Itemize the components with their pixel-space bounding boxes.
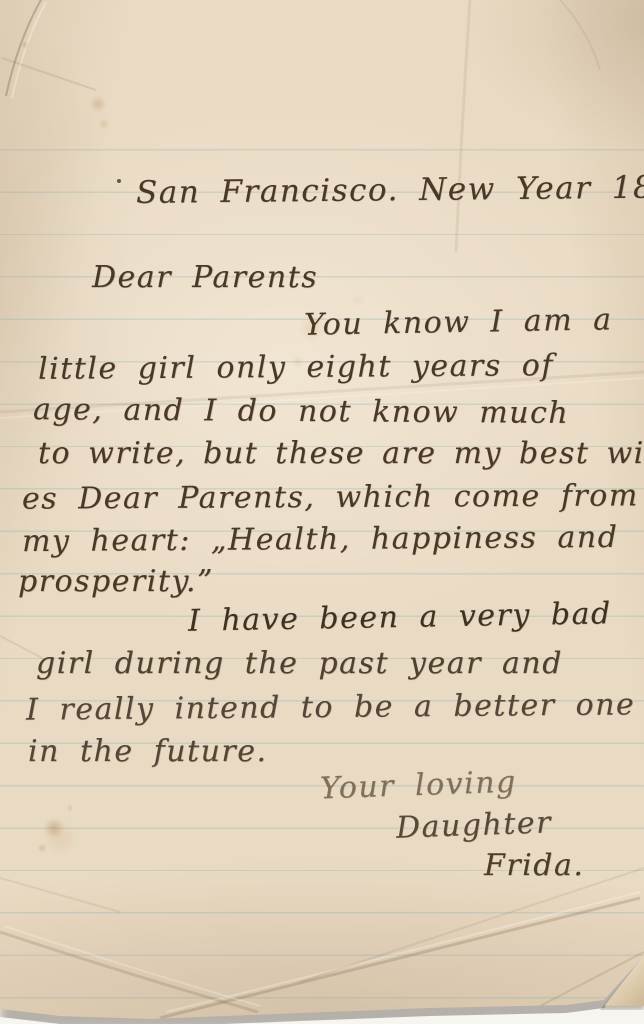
letter-line: age, and I do not know much [33, 392, 569, 431]
letter-line: I really intend to be a better one [26, 687, 636, 727]
letter-signature: Frida. [484, 848, 584, 883]
scanned-letter: San Francisco. New Year 1880 Dear Parent… [0, 0, 644, 1024]
letter-line: my heart: „Health, happiness and [22, 520, 619, 559]
stray-ink-dot [117, 179, 121, 183]
letter-paper: San Francisco. New Year 1880 Dear Parent… [0, 0, 644, 1024]
letter-line: You know I am a [304, 302, 613, 342]
letter-line: in the future. [28, 734, 268, 769]
letter-closing: Your loving [319, 765, 517, 807]
letter-line: es Dear Parents, which come from [22, 478, 639, 516]
letter-line: to write, but these are my best wish- [38, 436, 644, 471]
letter-salutation: Dear Parents [92, 260, 318, 295]
letter-dateline: San Francisco. New Year 1880 [136, 169, 644, 211]
letter-closing: Daughter [395, 805, 552, 845]
letter-line: I have been a very bad [188, 596, 612, 638]
letter-line: little girl only eight years of [38, 348, 554, 387]
letter-line: prosperity.” [18, 564, 214, 599]
letter-line: girl during the past year and [36, 646, 563, 681]
